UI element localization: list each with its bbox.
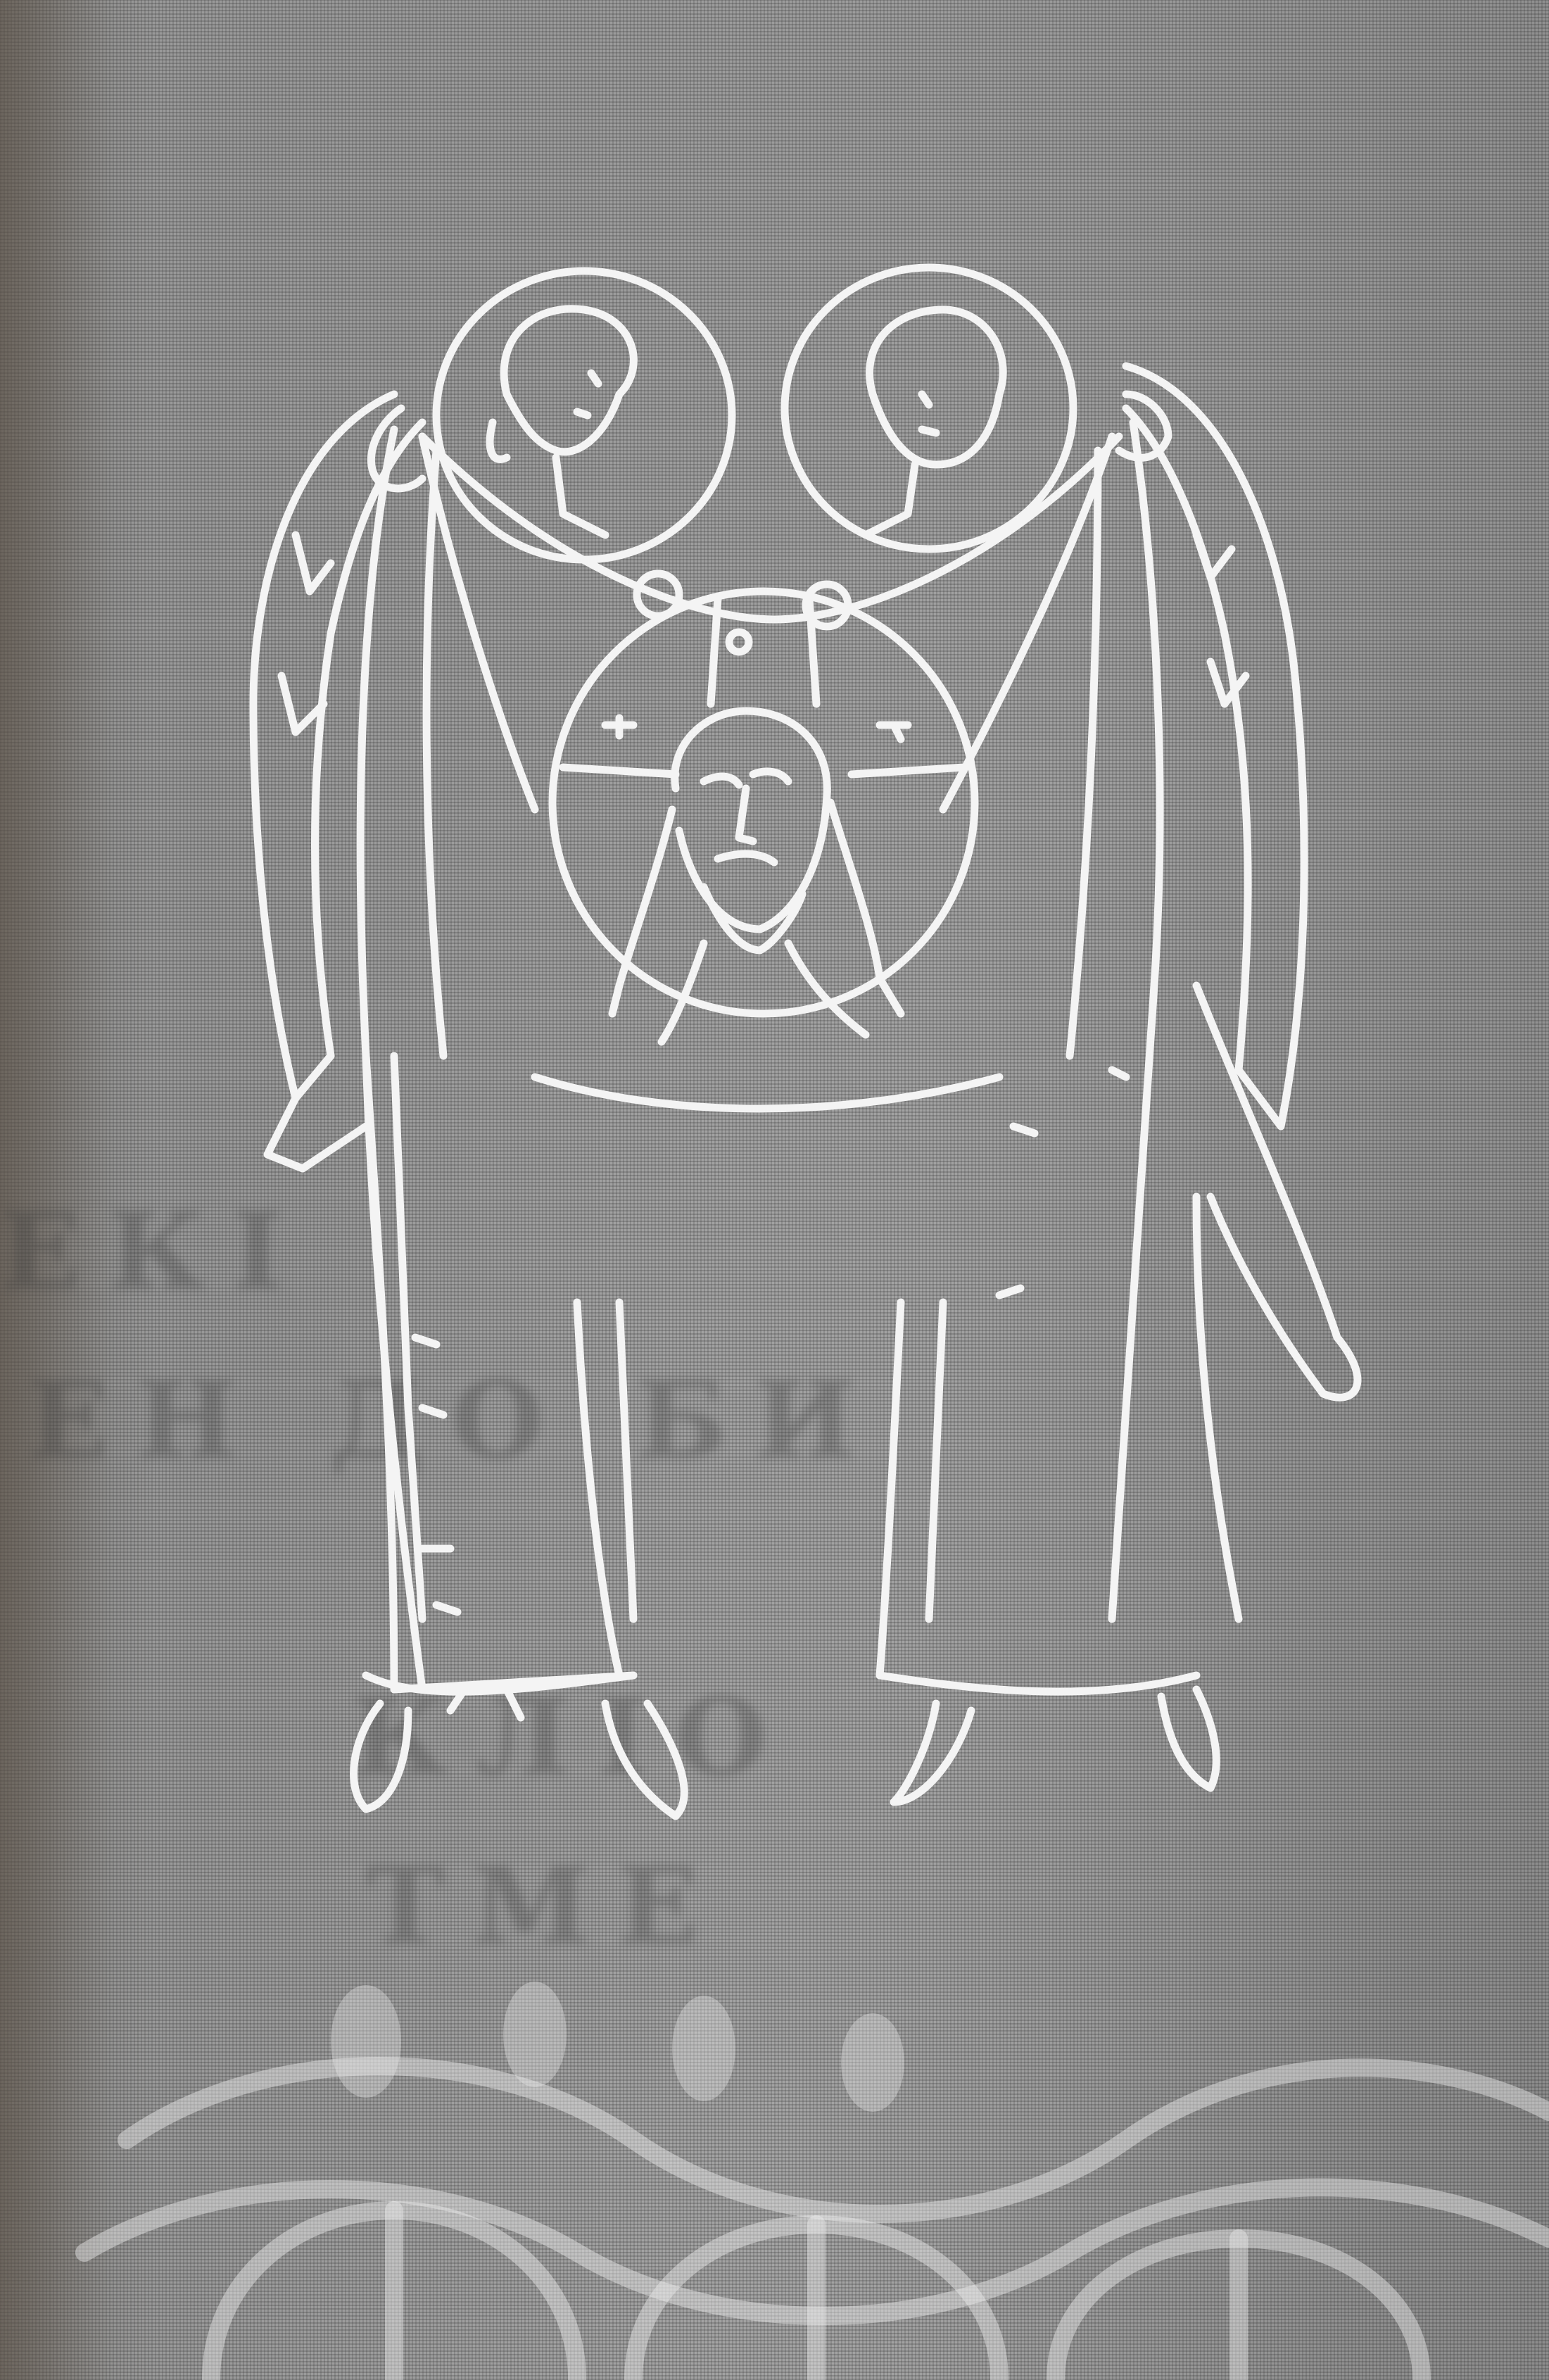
right-angel-foot xyxy=(894,1704,971,1802)
mandylion-cloth xyxy=(422,436,1119,1109)
angels-holding-mandylion-illustration xyxy=(0,0,1549,2380)
right-angel-foot xyxy=(1161,1689,1216,1788)
right-angel xyxy=(785,267,1358,1802)
left-angel-foot xyxy=(605,1704,684,1816)
left-angel-wing xyxy=(253,394,422,1098)
book-page: ЕКІ ЕН ДО БИ КЛІО ТМЕ xyxy=(0,0,1549,2380)
left-angel-foot xyxy=(354,1704,408,1809)
